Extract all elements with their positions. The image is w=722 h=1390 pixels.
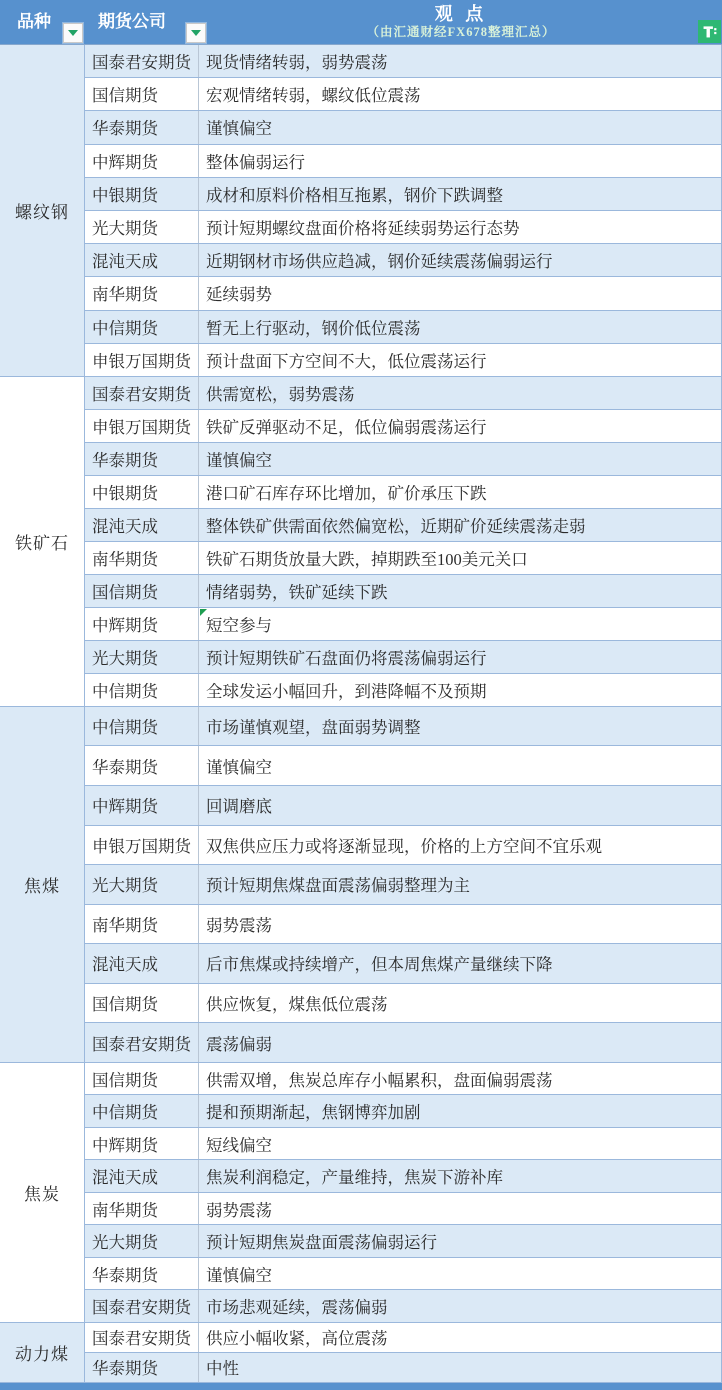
header-company-cell: 期货公司 [85, 0, 200, 44]
view-cell[interactable]: 谨慎偏空 [199, 1258, 722, 1290]
section-rows: 国信期货 供需双增，焦炭总库存小幅累积，盘面偏弱震荡 中信期货 提和预期渐起，焦… [85, 1063, 722, 1323]
table-row: 国信期货 宏观情绪转弱，螺纹低位震荡 [85, 78, 722, 111]
table-row: 国泰君安期货 供应小幅收紧，高位震荡 [85, 1323, 722, 1353]
table-row: 南华期货 弱势震荡 [85, 1193, 722, 1226]
company-cell[interactable]: 光大期货 [85, 865, 199, 904]
variety-cell[interactable]: 螺纹钢 [0, 45, 85, 377]
company-cell[interactable]: 南华期货 [85, 542, 199, 574]
commodity-section: 螺纹钢 国泰君安期货 现货情绪转弱，弱势震荡 国信期货 宏观情绪转弱，螺纹低位震… [0, 45, 722, 377]
company-cell[interactable]: 混沌天成 [85, 509, 199, 541]
company-cell[interactable]: 国泰君安期货 [85, 377, 199, 409]
view-cell[interactable]: 谨慎偏空 [199, 746, 722, 785]
view-cell[interactable]: 现货情绪转弱，弱势震荡 [199, 45, 722, 77]
variety-cell[interactable]: 焦炭 [0, 1063, 85, 1323]
table-row: 国泰君安期货 震荡偏弱 [85, 1023, 722, 1063]
header-variety-cell: 品种 [0, 0, 85, 44]
view-cell[interactable]: 预计短期焦炭盘面震荡偏弱运行 [199, 1225, 722, 1257]
view-cell[interactable]: 预计短期铁矿石盘面仍将震荡偏弱运行 [199, 641, 722, 673]
variety-filter-dropdown-icon[interactable] [63, 23, 83, 43]
bottom-next-row-strip [0, 1383, 722, 1390]
table-row: 中银期货 港口矿石库存环比增加，矿价承压下跌 [85, 476, 722, 509]
view-cell[interactable]: 延续弱势 [199, 277, 722, 309]
company-cell[interactable]: 混沌天成 [85, 244, 199, 276]
table-row: 中信期货 暂无上行驱动，钢价低位震荡 [85, 311, 722, 344]
table-row: 混沌天成 近期钢材市场供应趋减，钢价延续震荡偏弱运行 [85, 244, 722, 277]
view-cell[interactable]: 短线偏空 [199, 1128, 722, 1160]
table-row: 申银万国期货 双焦供应压力或将逐渐显现，价格的上方空间不宜乐观 [85, 826, 722, 866]
header-variety-label: 品种 [17, 7, 51, 32]
view-cell[interactable]: 预计短期焦煤盘面震荡偏弱整理为主 [199, 865, 722, 904]
company-cell[interactable]: 申银万国期货 [85, 826, 199, 865]
filter-funnel-icon[interactable] [698, 20, 721, 43]
view-cell[interactable]: 整体偏弱运行 [199, 145, 722, 177]
view-cell[interactable]: 弱势震荡 [199, 1193, 722, 1225]
funnel-glyph-icon [701, 23, 718, 40]
view-cell[interactable]: 情绪弱势，铁矿延续下跌 [199, 575, 722, 607]
table-row: 华泰期货 谨慎偏空 [85, 443, 722, 476]
view-cell[interactable]: 全球发运小幅回升，到港降幅不及预期 [199, 674, 722, 706]
table-row: 光大期货 预计短期螺纹盘面价格将延续弱势运行态势 [85, 211, 722, 244]
company-cell[interactable]: 中银期货 [85, 178, 199, 210]
company-cell[interactable]: 光大期货 [85, 211, 199, 243]
company-cell[interactable]: 中信期货 [85, 1095, 199, 1127]
commodity-section: 焦炭 国信期货 供需双增，焦炭总库存小幅累积，盘面偏弱震荡 中信期货 提和预期渐… [0, 1063, 722, 1323]
table-row: 国信期货 供需双增，焦炭总库存小幅累积，盘面偏弱震荡 [85, 1063, 722, 1096]
table-row: 华泰期货 谨慎偏空 [85, 746, 722, 786]
company-cell[interactable]: 国信期货 [85, 1063, 199, 1095]
table-row: 国泰君安期货 现货情绪转弱，弱势震荡 [85, 45, 722, 78]
company-cell[interactable]: 华泰期货 [85, 1353, 199, 1382]
company-cell[interactable]: 中辉期货 [85, 786, 199, 825]
spreadsheet-view: 品种 期货公司 观 点 （由汇通财经FX678整理汇总） 螺纹钢 国泰君安 [0, 0, 722, 1390]
view-cell[interactable]: 铁矿反弹驱动不足，低位偏弱震荡运行 [199, 410, 722, 442]
table-row: 申银万国期货 预计盘面下方空间不大，低位震荡运行 [85, 344, 722, 377]
view-cell[interactable]: 弱势震荡 [199, 905, 722, 944]
dropdown-triangle-icon [68, 30, 78, 36]
company-cell[interactable]: 申银万国期货 [85, 344, 199, 376]
company-cell[interactable]: 中信期货 [85, 707, 199, 746]
view-cell[interactable]: 短空参与 [199, 608, 722, 640]
cell-note-marker-icon [200, 609, 207, 616]
section-rows: 中信期货 市场谨慎观望，盘面弱势调整 华泰期货 谨慎偏空 中辉期货 回调磨底 申… [85, 707, 722, 1063]
company-cell[interactable]: 国信期货 [85, 78, 199, 110]
table-row: 国泰君安期货 市场悲观延续，震荡偏弱 [85, 1290, 722, 1323]
table-body: 螺纹钢 国泰君安期货 现货情绪转弱，弱势震荡 国信期货 宏观情绪转弱，螺纹低位震… [0, 45, 722, 1383]
header-company-label: 期货公司 [98, 7, 166, 32]
view-cell[interactable]: 震荡偏弱 [199, 1023, 722, 1062]
view-cell[interactable]: 港口矿石库存环比增加，矿价承压下跌 [199, 476, 722, 508]
table-row: 申银万国期货 铁矿反弹驱动不足，低位偏弱震荡运行 [85, 410, 722, 443]
company-cell[interactable]: 国信期货 [85, 575, 199, 607]
view-cell[interactable]: 供需宽松，弱势震荡 [199, 377, 722, 409]
company-cell[interactable]: 华泰期货 [85, 443, 199, 475]
company-cell[interactable]: 中辉期货 [85, 145, 199, 177]
table-row: 国信期货 供应恢复，煤焦低位震荡 [85, 984, 722, 1024]
view-cell[interactable]: 供应小幅收紧，高位震荡 [199, 1323, 722, 1352]
view-cell[interactable]: 供需双增，焦炭总库存小幅累积，盘面偏弱震荡 [199, 1063, 722, 1095]
company-cell[interactable]: 国泰君安期货 [85, 1290, 199, 1322]
table-row: 南华期货 弱势震荡 [85, 905, 722, 945]
company-cell[interactable]: 中辉期货 [85, 1128, 199, 1160]
view-cell[interactable]: 回调磨底 [199, 786, 722, 825]
company-cell[interactable]: 国泰君安期货 [85, 45, 199, 77]
view-cell[interactable]: 铁矿石期货放量大跌，掉期跌至100美元关口 [199, 542, 722, 574]
company-cell[interactable]: 中信期货 [85, 674, 199, 706]
company-cell[interactable]: 华泰期货 [85, 111, 199, 143]
table-row: 国信期货 情绪弱势，铁矿延续下跌 [85, 575, 722, 608]
table-row: 中信期货 全球发运小幅回升，到港降幅不及预期 [85, 674, 722, 707]
company-cell[interactable]: 申银万国期货 [85, 410, 199, 442]
header-view-title: 观 点 [435, 4, 488, 25]
commodity-section: 焦煤 中信期货 市场谨慎观望，盘面弱势调整 华泰期货 谨慎偏空 中辉期货 回调磨… [0, 707, 722, 1063]
section-rows: 国泰君安期货 供需宽松，弱势震荡 申银万国期货 铁矿反弹驱动不足，低位偏弱震荡运… [85, 377, 722, 707]
view-cell[interactable]: 预计短期螺纹盘面价格将延续弱势运行态势 [199, 211, 722, 243]
company-cell[interactable]: 混沌天成 [85, 944, 199, 983]
section-rows: 国泰君安期货 供应小幅收紧，高位震荡 华泰期货 中性 [85, 1323, 722, 1383]
table-row: 华泰期货 谨慎偏空 [85, 1258, 722, 1291]
view-cell[interactable]: 提和预期渐起，焦钢博弈加剧 [199, 1095, 722, 1127]
variety-cell[interactable]: 铁矿石 [0, 377, 85, 707]
table-row: 中辉期货 短线偏空 [85, 1128, 722, 1161]
view-cell[interactable]: 双焦供应压力或将逐渐显现，价格的上方空间不宜乐观 [199, 826, 722, 865]
commodity-section: 铁矿石 国泰君安期货 供需宽松，弱势震荡 申银万国期货 铁矿反弹驱动不足，低位偏… [0, 377, 722, 707]
table-row: 中信期货 市场谨慎观望，盘面弱势调整 [85, 707, 722, 747]
view-cell[interactable]: 焦炭利润稳定，产量维持，焦炭下游补库 [199, 1160, 722, 1192]
table-row: 混沌天成 整体铁矿供需面依然偏宽松，近期矿价延续震荡走弱 [85, 509, 722, 542]
table-row: 中辉期货 回调磨底 [85, 786, 722, 826]
company-cell[interactable]: 混沌天成 [85, 1160, 199, 1192]
section-rows: 国泰君安期货 现货情绪转弱，弱势震荡 国信期货 宏观情绪转弱，螺纹低位震荡 华泰… [85, 45, 722, 377]
commodity-section: 动力煤 国泰君安期货 供应小幅收紧，高位震荡 华泰期货 中性 [0, 1323, 722, 1383]
view-cell[interactable]: 中性 [199, 1353, 722, 1382]
view-cell[interactable]: 暂无上行驱动，钢价低位震荡 [199, 311, 722, 343]
view-cell[interactable]: 市场谨慎观望，盘面弱势调整 [199, 707, 722, 746]
view-cell[interactable]: 成材和原料价格相互拖累，钢价下跌调整 [199, 178, 722, 210]
company-cell[interactable]: 国泰君安期货 [85, 1023, 199, 1062]
table-row: 中银期货 成材和原料价格相互拖累，钢价下跌调整 [85, 178, 722, 211]
view-cell[interactable]: 整体铁矿供需面依然偏宽松，近期矿价延续震荡走弱 [199, 509, 722, 541]
company-cell[interactable]: 华泰期货 [85, 746, 199, 785]
table-row: 光大期货 预计短期焦炭盘面震荡偏弱运行 [85, 1225, 722, 1258]
company-cell[interactable]: 南华期货 [85, 277, 199, 309]
view-cell[interactable]: 供应恢复，煤焦低位震荡 [199, 984, 722, 1023]
table-row: 华泰期货 中性 [85, 1353, 722, 1383]
table-row: 国泰君安期货 供需宽松，弱势震荡 [85, 377, 722, 410]
table-header: 品种 期货公司 观 点 （由汇通财经FX678整理汇总） [0, 0, 722, 45]
company-cell[interactable]: 光大期货 [85, 641, 199, 673]
table-row: 中辉期货 短空参与 [85, 608, 722, 641]
table-row: 光大期货 预计短期焦煤盘面震荡偏弱整理为主 [85, 865, 722, 905]
view-cell[interactable]: 谨慎偏空 [199, 443, 722, 475]
table-row: 中信期货 提和预期渐起，焦钢博弈加剧 [85, 1095, 722, 1128]
company-cell[interactable]: 华泰期货 [85, 1258, 199, 1290]
company-cell[interactable]: 中辉期货 [85, 608, 199, 640]
variety-cell[interactable]: 焦煤 [0, 707, 85, 1063]
company-cell[interactable]: 光大期货 [85, 1225, 199, 1257]
table-row: 华泰期货 谨慎偏空 [85, 111, 722, 144]
table-row: 混沌天成 焦炭利润稳定，产量维持，焦炭下游补库 [85, 1160, 722, 1193]
company-cell[interactable]: 国信期货 [85, 984, 199, 1023]
header-view-subtitle: （由汇通财经FX678整理汇总） [367, 25, 556, 39]
company-cell[interactable]: 南华期货 [85, 905, 199, 944]
company-cell[interactable]: 国泰君安期货 [85, 1323, 199, 1352]
view-cell[interactable]: 宏观情绪转弱，螺纹低位震荡 [199, 78, 722, 110]
company-cell[interactable]: 南华期货 [85, 1193, 199, 1225]
table-row: 南华期货 铁矿石期货放量大跌，掉期跌至100美元关口 [85, 542, 722, 575]
table-row: 光大期货 预计短期铁矿石盘面仍将震荡偏弱运行 [85, 641, 722, 674]
view-cell[interactable]: 近期钢材市场供应趋减，钢价延续震荡偏弱运行 [199, 244, 722, 276]
view-cell[interactable]: 市场悲观延续，震荡偏弱 [199, 1290, 722, 1322]
company-cell[interactable]: 中银期货 [85, 476, 199, 508]
header-view-cell: 观 点 （由汇通财经FX678整理汇总） [200, 0, 722, 44]
variety-cell[interactable]: 动力煤 [0, 1323, 85, 1383]
table-row: 中辉期货 整体偏弱运行 [85, 145, 722, 178]
company-cell[interactable]: 中信期货 [85, 311, 199, 343]
table-row: 混沌天成 后市焦煤或持续增产，但本周焦煤产量继续下降 [85, 944, 722, 984]
view-cell[interactable]: 谨慎偏空 [199, 111, 722, 143]
table-row: 南华期货 延续弱势 [85, 277, 722, 310]
view-cell[interactable]: 预计盘面下方空间不大，低位震荡运行 [199, 344, 722, 376]
view-cell[interactable]: 后市焦煤或持续增产，但本周焦煤产量继续下降 [199, 944, 722, 983]
